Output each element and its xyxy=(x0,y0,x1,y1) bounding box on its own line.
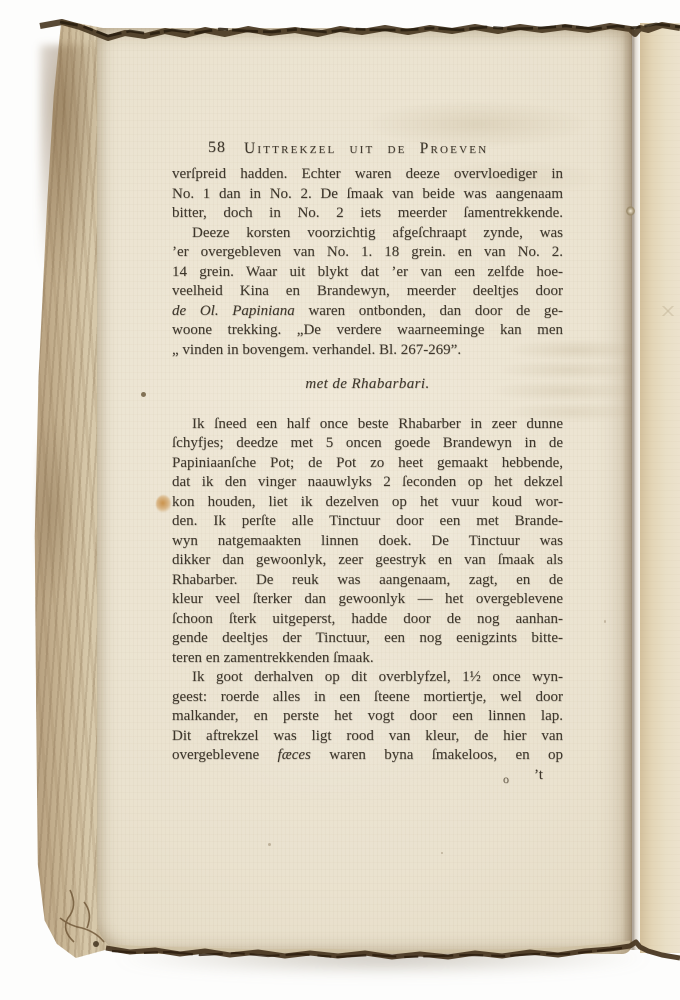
running-title: Uittrekzel uit de Proeven xyxy=(244,139,488,159)
book-page-photo: 58 Uittrekzel uit de Proeven verſpreid h… xyxy=(0,0,680,1000)
text-line: den. Ik perſte alle Tinctuur door een me… xyxy=(172,512,563,532)
text-line: Ik goot derhalven op dit overblyfzel, 1½… xyxy=(172,668,563,688)
text-line: Deeze korsten voorzichtig afgeſchraapt z… xyxy=(172,224,563,244)
catchword-row: o ’t xyxy=(172,766,563,786)
text-line: geest: roerde alles in een ſteene mortie… xyxy=(172,688,563,708)
foxing-spot xyxy=(156,495,171,513)
text-line: ſchyfjes; deedze met 5 oncen goede Brand… xyxy=(172,434,563,454)
text-line: kleur veel ſterker dan gewoonlyk — het o… xyxy=(172,590,563,610)
page-number: 58 xyxy=(208,138,226,158)
text-line: ’er overgebleven van No. 1. 18 grein. en… xyxy=(172,243,563,263)
text-line: No. 1 dan in No. 2. De ſmaak van beide w… xyxy=(172,185,563,205)
foxing-spot xyxy=(141,392,146,397)
section-heading: met de Rhabarbari. xyxy=(172,375,563,395)
text-line: gende deeltjes der Tinctuur, een nog een… xyxy=(172,629,563,649)
paper-speck xyxy=(604,620,606,623)
text-line: „ vinden in bovengem. verhandel. Bl. 267… xyxy=(172,341,563,361)
text-line: kon houden, liet ik dezelven op het vuur… xyxy=(172,493,563,513)
foxing-spot xyxy=(626,206,635,216)
deckle-stain xyxy=(40,45,102,285)
deckle-stain xyxy=(36,420,76,600)
foxing-mark xyxy=(662,306,674,316)
text-line: overgeblevene fæces waren byna ſmakeloos… xyxy=(172,746,563,766)
text-line: Rhabarber. De reuk was aangenaam, zagt, … xyxy=(172,571,563,591)
facing-page-edge xyxy=(640,23,680,953)
text-line: de Ol. Papiniana waren ontbonden, dan do… xyxy=(172,302,563,322)
body-text: verſpreid hadden. Echter waren deeze ove… xyxy=(172,165,563,766)
text-line: 14 grein. Waar uit blykt dat ’er van een… xyxy=(172,263,563,283)
paper-speck xyxy=(441,852,443,854)
text-line: ſchoon ſterk uitgeperst, hadde door de n… xyxy=(172,610,563,630)
paper-speck xyxy=(268,843,271,846)
text-line: malkander, en perste het vogt door een l… xyxy=(172,707,563,727)
running-header: 58 Uittrekzel uit de Proeven xyxy=(172,138,563,158)
text-line: wyn natgemaakten linnen doek. De Tinctuu… xyxy=(172,532,563,552)
signature-mark: o xyxy=(503,770,509,790)
text-line: verſpreid hadden. Echter waren deeze ove… xyxy=(172,165,563,185)
text-line: veelheid Kina en Brandewyn, meerder deel… xyxy=(172,282,563,302)
text-line: teren en zamentrekkenden ſmaak. xyxy=(172,649,563,669)
text-line: Dit aftrekzel was ligt rood van kleur, d… xyxy=(172,727,563,747)
text-line: dat ik den vinger naauwlyks 2 ſeconden o… xyxy=(172,473,563,493)
catchword: ’t xyxy=(534,766,543,786)
text-line: dikker dan gewoonlyk, zeer geestryk en v… xyxy=(172,551,563,571)
text-line: Papiniaanſche Pot; de Pot zo heet gemaak… xyxy=(172,454,563,474)
text-block: 58 Uittrekzel uit de Proeven verſpreid h… xyxy=(172,138,563,785)
text-line: bitter, doch in No. 2 iets meerder ſamen… xyxy=(172,204,563,224)
text-line: woone trekking. „De verdere waarneeminge… xyxy=(172,321,563,341)
text-line: Ik ſneed een half once beste Rhabarber i… xyxy=(172,415,563,435)
